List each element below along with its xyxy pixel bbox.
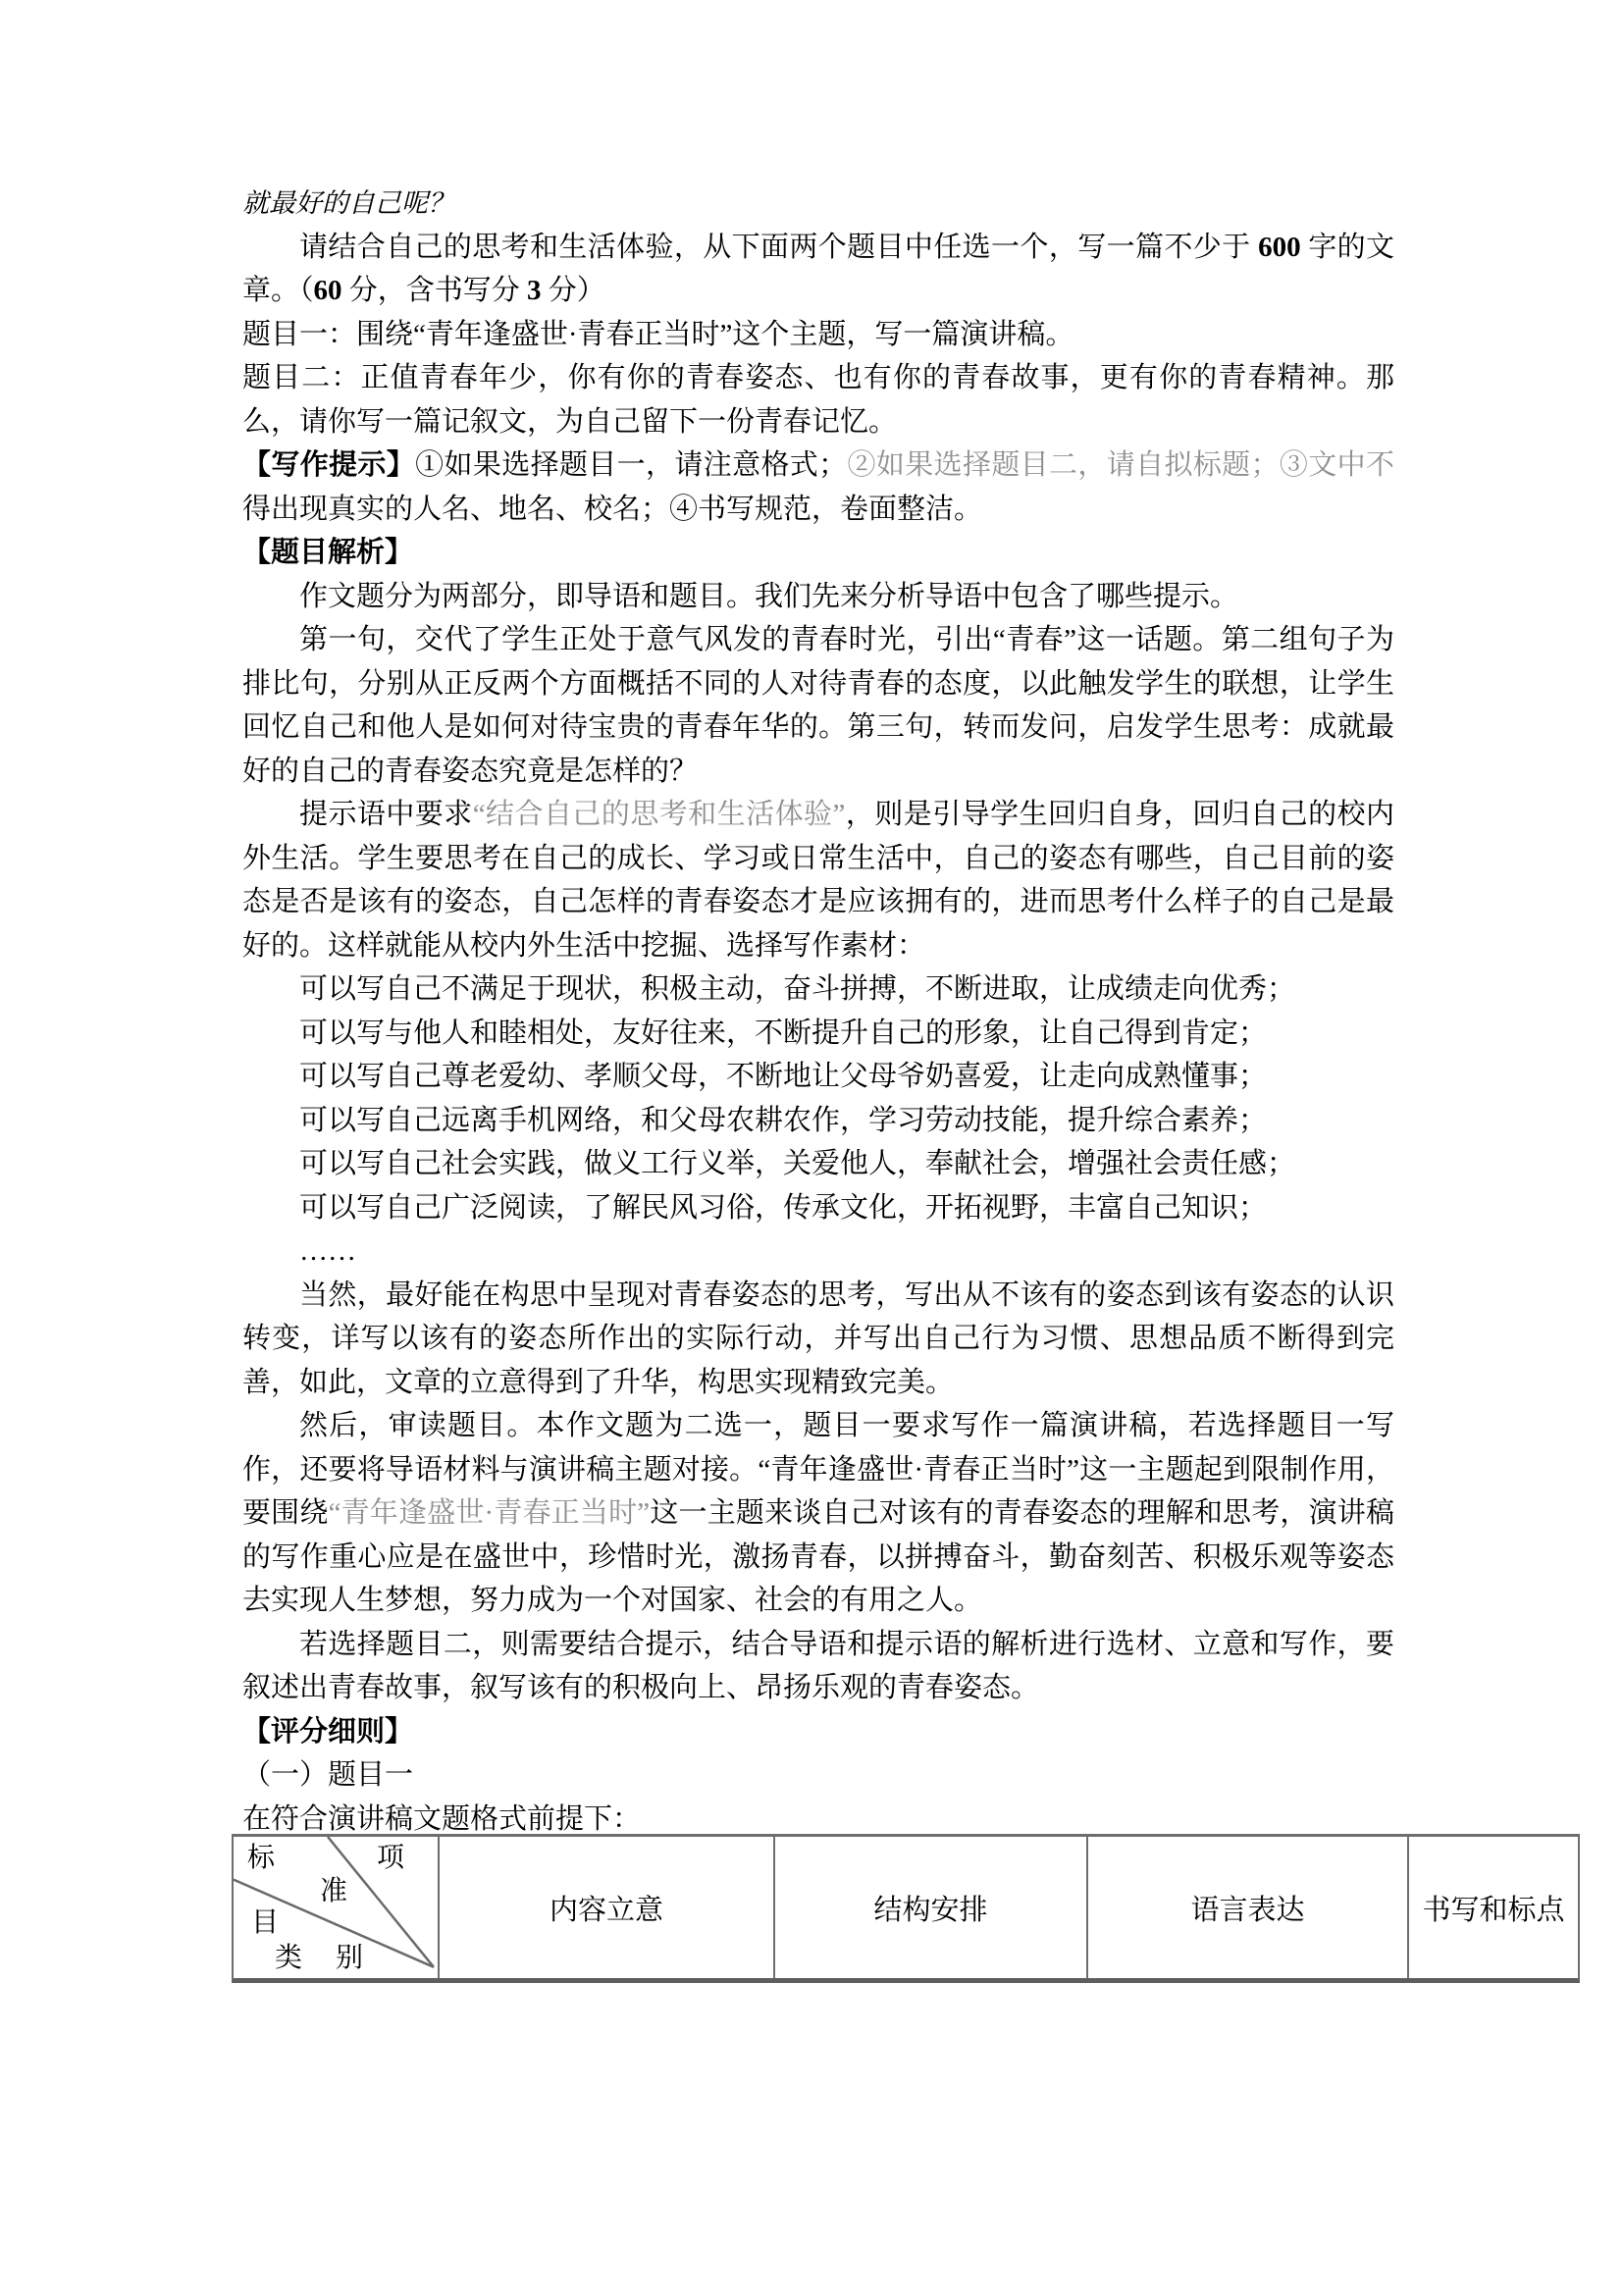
text-run: 可以写自己社会实践，做义工行义举，关爱他人，奉献社会，增强社会责任感；	[299, 1148, 1295, 1179]
paragraph: 然后，审读题目。本作文题为二选一，题目一要求写作一篇演讲稿，若选择题目一写作，还…	[242, 1404, 1394, 1623]
text-run: 作文题分为两部分，即导语和题目。我们先来分析导语中包含了哪些提示。	[299, 581, 1238, 612]
text-run: 可以写与他人和睦相处，友好往来，不断提升自己的形象，让自己得到肯定；	[299, 1018, 1267, 1049]
paragraph: 就最好的自己呢？	[242, 182, 1394, 226]
paragraph: （一）题目一	[242, 1753, 1394, 1798]
corner-label-char: 项	[377, 1845, 404, 1872]
text-run-bold: 【评分细则】	[242, 1716, 413, 1748]
text-run: 分，含书写分	[342, 275, 528, 306]
text-run-bold: 600	[1258, 232, 1301, 263]
rubric-table: 标项准目类别 内容立意结构安排语言表达书写和标点	[232, 1834, 1580, 1983]
text-run: 可以写自己远离手机网络，和父母农耕农作，学习劳动技能，提升综合素养；	[299, 1105, 1267, 1136]
rubric-column-header: 内容立意	[438, 1837, 773, 1978]
text-run-bold: 60	[314, 275, 342, 306]
paragraph: 提示语中要求“结合自己的思考和生活体验”，则是引导学生回归自身，回归自己的校内外…	[242, 793, 1394, 967]
paragraph: ……	[242, 1229, 1394, 1274]
paragraph: 【题目解析】	[242, 531, 1394, 575]
rubric-column-header: 结构安排	[773, 1837, 1086, 1978]
corner-label-char: 标	[247, 1845, 275, 1872]
text-run: 提示语中要求	[299, 799, 473, 830]
text-run-bold: 3	[527, 275, 542, 306]
text-run: 若选择题目二，则需要结合提示，结合导语和提示语的解析进行选材、立意和写作，要叙述…	[242, 1629, 1394, 1704]
paragraph: 当然，最好能在构思中呈现对青春姿态的思考，写出从不该有的姿态到该有姿态的认识转变…	[242, 1274, 1394, 1405]
text-run: 第一句，交代了学生正处于意气风发的青春时光，引出“青春”这一话题。第二组句子为排…	[242, 624, 1394, 787]
text-run: ①如果选择题目一，请注意格式；	[415, 449, 847, 481]
text-run: 可以写自己广泛阅读，了解民风习俗，传承文化，开拓视野，丰富自己知识；	[299, 1192, 1267, 1224]
text-run-bold: 【题目解析】	[242, 537, 413, 568]
text-run: 可以写自己尊老爱幼、孝顺父母，不断地让父母爷奶喜爱，让走向成熟懂事；	[299, 1061, 1267, 1092]
paragraph: 题目一：围绕“青年逢盛世·青春正当时”这个主题，写一篇演讲稿。	[242, 313, 1394, 357]
paragraph: 可以写自己广泛阅读，了解民风习俗，传承文化，开拓视野，丰富自己知识；	[242, 1186, 1394, 1230]
paragraph: 可以写自己尊老爱幼、孝顺父母，不断地让父母爷奶喜爱，让走向成熟懂事；	[242, 1055, 1394, 1099]
text-run: 可以写自己不满足于现状，积极主动，奋斗拼搏，不断进取，让成绩走向优秀；	[299, 973, 1295, 1005]
text-run: 请结合自己的思考和生活体验，从下面两个题目中任选一个，写一篇不少于	[299, 232, 1258, 263]
paragraph: 【评分细则】	[242, 1710, 1394, 1754]
paragraph: 【写作提示】①如果选择题目一，请注意格式；②如果选择题目二，请自拟标题；③文中不…	[242, 444, 1394, 531]
paragraph: 作文题分为两部分，即导语和题目。我们先来分析导语中包含了哪些提示。	[242, 575, 1394, 619]
corner-label-char: 类	[275, 1945, 302, 1972]
text-run: （一）题目一	[242, 1759, 413, 1791]
text-run: 当然，最好能在构思中呈现对青春姿态的思考，写出从不该有的姿态到该有姿态的认识转变…	[242, 1279, 1394, 1398]
paragraph: 请结合自己的思考和生活体验，从下面两个题目中任选一个，写一篇不少于 600 字的…	[242, 226, 1394, 313]
document-page: 就最好的自己呢？请结合自己的思考和生活体验，从下面两个题目中任选一个，写一篇不少…	[0, 0, 1623, 2296]
text-run-bold: 【写作提示】	[242, 449, 415, 481]
paragraph: 可以写自己远离手机网络，和父母农耕农作，学习劳动技能，提升综合素养；	[242, 1099, 1394, 1143]
paragraph: 可以写与他人和睦相处，友好往来，不断提升自己的形象，让自己得到肯定；	[242, 1012, 1394, 1056]
text-run-gray: “青年逢盛世·青春正当时”	[329, 1497, 651, 1529]
text-run: 得出现真实的人名、地名、校名；④书写规范，卷面整洁。	[242, 494, 982, 525]
rubric-column-header: 书写和标点	[1407, 1837, 1578, 1978]
document-body: 就最好的自己呢？请结合自己的思考和生活体验，从下面两个题目中任选一个，写一篇不少…	[242, 182, 1394, 1841]
corner-label-char: 准	[320, 1878, 347, 1905]
paragraph: 可以写自己社会实践，做义工行义举，关爱他人，奉献社会，增强社会责任感；	[242, 1142, 1394, 1186]
paragraph: 可以写自己不满足于现状，积极主动，奋斗拼搏，不断进取，让成绩走向优秀；	[242, 967, 1394, 1012]
text-run: ……	[299, 1235, 356, 1267]
rubric-column-header: 语言表达	[1086, 1837, 1407, 1978]
corner-label-char: 别	[336, 1945, 363, 1972]
paragraph: 题目二：正值青春年少，你有你的青春姿态、也有你的青春故事，更有你的青春精神。那么…	[242, 356, 1394, 444]
paragraph: 若选择题目二，则需要结合提示，结合导语和提示语的解析进行选材、立意和写作，要叙述…	[242, 1623, 1394, 1710]
rubric-corner-cell: 标项准目类别	[234, 1837, 438, 1978]
text-run: 题目二：正值青春年少，你有你的青春姿态、也有你的青春故事，更有你的青春精神。那么…	[242, 362, 1394, 438]
paragraph: 第一句，交代了学生正处于意气风发的青春时光，引出“青春”这一话题。第二组句子为排…	[242, 618, 1394, 793]
text-run-gray: ②如果选择题目二，请自拟标题；③文中不	[847, 449, 1394, 481]
text-run-italic: 就最好的自己呢？	[242, 188, 454, 218]
text-run: 分）	[542, 275, 605, 306]
text-run-gray: “结合自己的思考和生活体验”	[473, 799, 846, 830]
text-run: 在符合演讲稿文题格式前提下：	[242, 1803, 641, 1835]
text-run: 题目一：围绕“青年逢盛世·青春正当时”这个主题，写一篇演讲稿。	[242, 319, 1073, 350]
corner-label-char: 目	[251, 1909, 279, 1937]
